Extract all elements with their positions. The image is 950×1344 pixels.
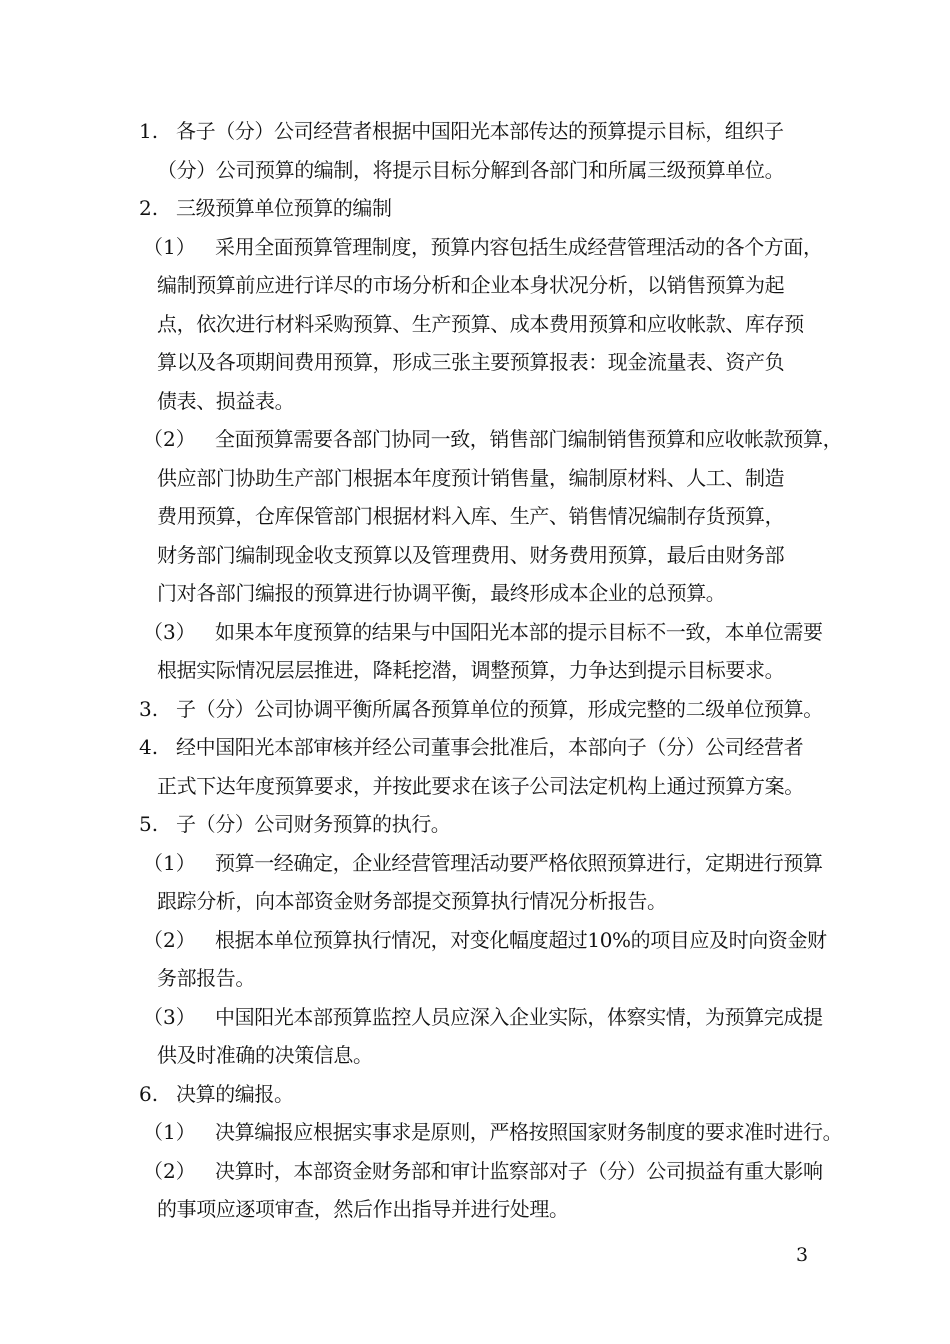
text-line: 正式下达年度预算要求，并按此要求在该子公司法定机构上通过预算方案。 <box>157 767 950 806</box>
text-line: 决算时，本部资金财务部和审计监察部对子（分）公司损益有重大影响 <box>215 1152 950 1191</box>
list-marker: 3. <box>139 690 158 729</box>
text-line: 债表、损益表。 <box>157 382 950 421</box>
text-line: 算以及各项期间费用预算，形成三张主要预算报表：现金流量表、资产负 <box>157 343 950 382</box>
list-item: 6.决算的编报。 <box>0 1075 950 1114</box>
list-marker: （1） <box>143 228 196 267</box>
list-item: （1）决算编报应根据实事求是原则，严格按照国家财务制度的要求准时进行。 <box>0 1113 950 1152</box>
text-line: 门对各部门编报的预算进行协调平衡，最终形成本企业的总预算。 <box>157 574 950 613</box>
list-item: （2）根据本单位预算执行情况，对变化幅度超过10%的项目应及时向资金财务部报告。 <box>0 921 950 998</box>
text-line: 跟踪分析，向本部资金财务部提交预算执行情况分析报告。 <box>157 882 950 921</box>
text-line: 如果本年度预算的结果与中国阳光本部的提示目标不一致，本单位需要 <box>215 613 950 652</box>
text-line: 经中国阳光本部审核并经公司董事会批准后，本部向子（分）公司经营者 <box>176 728 950 767</box>
list-item: （3）中国阳光本部预算监控人员应深入企业实际，体察实情，为预算完成提供及时准确的… <box>0 998 950 1075</box>
list-item: （3）如果本年度预算的结果与中国阳光本部的提示目标不一致，本单位需要根据实际情况… <box>0 613 950 690</box>
text-line: 决算编报应根据实事求是原则，严格按照国家财务制度的要求准时进行。 <box>215 1113 950 1152</box>
text-line: 根据实际情况层层推进，降耗挖潜，调整预算，力争达到提示目标要求。 <box>157 651 950 690</box>
list-marker: 1. <box>139 112 158 151</box>
text-line: 三级预算单位预算的编制 <box>176 189 950 228</box>
list-marker: （3） <box>143 613 196 652</box>
list-marker: （2） <box>143 1152 196 1191</box>
list-marker: 2. <box>139 189 158 228</box>
text-line: 根据本单位预算执行情况，对变化幅度超过10%的项目应及时向资金财 <box>215 921 950 960</box>
text-line: 费用预算，仓库保管部门根据材料入库、生产、销售情况编制存货预算， <box>157 497 950 536</box>
document-body: 1.各子（分）公司经营者根据中国阳光本部传达的预算提示目标，组织子（分）公司预算… <box>0 112 950 1229</box>
list-marker: （2） <box>143 921 196 960</box>
text-line: 全面预算需要各部门协同一致，销售部门编制销售预算和应收帐款预算， <box>215 420 950 459</box>
list-marker: （3） <box>143 998 196 1037</box>
text-line: 务部报告。 <box>157 959 950 998</box>
list-item: 4.经中国阳光本部审核并经公司董事会批准后，本部向子（分）公司经营者正式下达年度… <box>0 728 950 805</box>
list-item: （2）决算时，本部资金财务部和审计监察部对子（分）公司损益有重大影响的事项应逐项… <box>0 1152 950 1229</box>
list-item: （2）全面预算需要各部门协同一致，销售部门编制销售预算和应收帐款预算，供应部门协… <box>0 420 950 613</box>
list-item: 1.各子（分）公司经营者根据中国阳光本部传达的预算提示目标，组织子（分）公司预算… <box>0 112 950 189</box>
text-line: 财务部门编制现金收支预算以及管理费用、财务费用预算，最后由财务部 <box>157 536 950 575</box>
text-line: 子（分）公司财务预算的执行。 <box>176 805 950 844</box>
list-marker: （2） <box>143 420 196 459</box>
page-number: 3 <box>785 1242 819 1268</box>
text-line: 中国阳光本部预算监控人员应深入企业实际，体察实情，为预算完成提 <box>215 998 950 1037</box>
list-item: 2.三级预算单位预算的编制 <box>0 189 950 228</box>
text-line: 采用全面预算管理制度，预算内容包括生成经营管理活动的各个方面， <box>215 228 950 267</box>
text-line: 供应部门协助生产部门根据本年度预计销售量，编制原材料、人工、制造 <box>157 459 950 498</box>
text-line: 各子（分）公司经营者根据中国阳光本部传达的预算提示目标，组织子 <box>176 112 950 151</box>
text-line: （分）公司预算的编制，将提示目标分解到各部门和所属三级预算单位。 <box>157 151 950 190</box>
list-item: 3.子（分）公司协调平衡所属各预算单位的预算，形成完整的二级单位预算。 <box>0 690 950 729</box>
list-marker: 4. <box>139 728 158 767</box>
text-line: 子（分）公司协调平衡所属各预算单位的预算，形成完整的二级单位预算。 <box>176 690 950 729</box>
list-marker: （1） <box>143 844 196 883</box>
text-line: 编制预算前应进行详尽的市场分析和企业本身状况分析，以销售预算为起 <box>157 266 950 305</box>
text-line: 预算一经确定，企业经营管理活动要严格依照预算进行，定期进行预算 <box>215 844 950 883</box>
text-line: 的事项应逐项审查，然后作出指导并进行处理。 <box>157 1190 950 1229</box>
text-line: 决算的编报。 <box>176 1075 950 1114</box>
text-line: 点，依次进行材料采购预算、生产预算、成本费用预算和应收帐款、库存预 <box>157 305 950 344</box>
document-page: 1.各子（分）公司经营者根据中国阳光本部传达的预算提示目标，组织子（分）公司预算… <box>0 0 950 1344</box>
list-item: （1）预算一经确定，企业经营管理活动要严格依照预算进行，定期进行预算跟踪分析，向… <box>0 844 950 921</box>
list-marker: （1） <box>143 1113 196 1152</box>
list-item: （1）采用全面预算管理制度，预算内容包括生成经营管理活动的各个方面，编制预算前应… <box>0 228 950 421</box>
list-item: 5.子（分）公司财务预算的执行。 <box>0 805 950 844</box>
text-line: 供及时准确的决策信息。 <box>157 1036 950 1075</box>
list-marker: 5. <box>139 805 158 844</box>
list-marker: 6. <box>139 1075 158 1114</box>
